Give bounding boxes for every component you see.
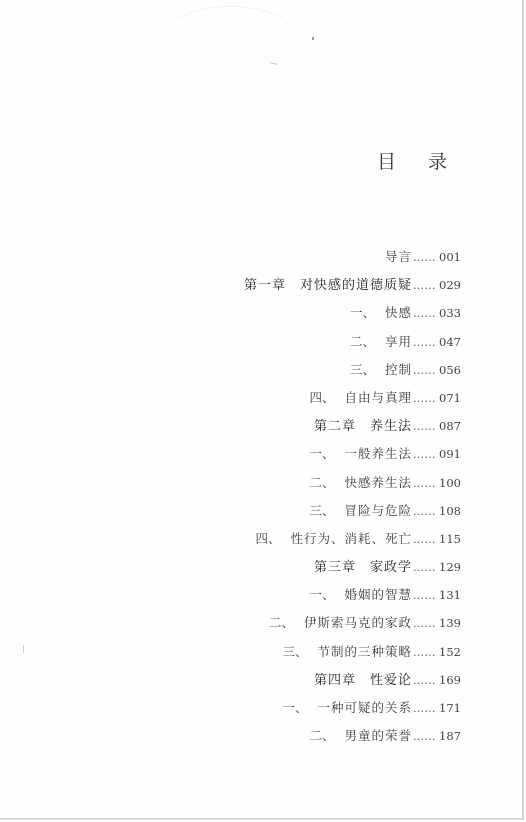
entry-title: 一种可疑的关系 [318,700,413,715]
entry-title: 对快感的道德质疑 [300,278,412,293]
leader-dots: …… [413,646,436,659]
page-number: 001 [439,250,461,264]
leader-dots: …… [413,533,436,546]
page-number: 169 [439,673,461,687]
entry-title: 节制的三种策略 [318,644,413,659]
page-number: 029 [439,278,461,292]
page-number: 129 [439,560,461,574]
page-number: 171 [439,701,461,715]
entry-title: 一般养生法 [345,446,413,461]
leader-dots: …… [413,336,436,349]
entry-title: 家政学 [370,560,412,575]
toc-entry[interactable]: 三、控制……056 [121,356,461,384]
leader-dots: …… [413,505,436,518]
section-number: 二、 [350,334,375,349]
page-title: 目 录 [377,147,460,174]
leader-dots: …… [413,617,436,630]
page-number: 152 [439,645,461,659]
entry-title: 伊斯索马克的家政 [304,615,412,630]
entry-title: 享用 [385,334,412,349]
toc-entry[interactable]: 二、男童的荣誉……187 [121,722,461,750]
page-number: 071 [439,391,461,405]
page-number: 100 [439,476,461,490]
leader-dots: …… [413,448,436,461]
leader-dots: …… [413,589,436,602]
entry-title: 婚姻的智慧 [345,587,413,602]
leader-dots: …… [413,420,436,433]
leader-dots: …… [413,477,436,490]
toc-entry[interactable]: 一、一种可疑的关系……171 [121,694,461,722]
section-number: 一、 [283,700,308,715]
page-number: 115 [439,532,461,546]
entry-title: 冒险与危险 [345,503,413,518]
section-number: 一、 [310,587,335,602]
page-number: 131 [439,588,461,602]
toc-entry[interactable]: 导言……001 [121,243,461,271]
entry-title: 快感 [385,305,412,320]
leader-dots: …… [413,702,436,715]
table-of-contents: 导言……001 第一章对快感的道德质疑……029 一、快感……033 二、享用…… [121,243,461,750]
section-number: 三、 [350,362,375,377]
toc-entry[interactable]: 二、享用……047 [121,328,461,356]
page-number: 033 [439,306,461,320]
leader-dots: …… [413,730,436,743]
entry-title: 自由与真理 [345,390,413,405]
page-number: 056 [439,363,461,377]
toc-entry[interactable]: 二、伊斯索马克的家政……139 [121,609,461,637]
section-number: 四、 [256,531,281,546]
section-number: 四、 [310,390,335,405]
toc-chapter-entry[interactable]: 第三章家政学……129 [121,553,461,581]
toc-entry[interactable]: 三、节制的三种策略……152 [121,638,461,666]
page-number: 187 [439,729,461,743]
toc-entry[interactable]: 三、冒险与危险……108 [121,497,461,525]
toc-entry[interactable]: 一、婚姻的智慧……131 [121,581,461,609]
book-page: 目 录 导言……001 第一章对快感的道德质疑……029 一、快感……033 二… [0,0,524,820]
toc-entry[interactable]: 一、快感……033 [121,299,461,327]
entry-title: 快感养生法 [345,475,413,490]
page-number: 047 [439,335,461,349]
entry-title: 控制 [385,362,412,377]
entry-title: 导言 [385,249,412,264]
chapter-label: 第四章 [314,673,356,688]
scan-artifact [165,6,295,67]
page-number: 108 [439,504,461,518]
entry-title: 性爱论 [370,673,412,688]
toc-chapter-entry[interactable]: 第二章养生法……087 [121,412,461,440]
chapter-label: 第三章 [314,560,356,575]
entry-title: 性行为、消耗、死亡 [291,531,413,546]
leader-dots: …… [413,251,436,264]
toc-chapter-entry[interactable]: 第一章对快感的道德质疑……029 [121,271,461,299]
section-number: 三、 [283,644,308,659]
entry-title: 男童的荣誉 [345,728,413,743]
section-number: 二、 [269,615,294,630]
page-number: 091 [439,447,461,461]
toc-entry[interactable]: 四、自由与真理……071 [121,384,461,412]
chapter-label: 第二章 [314,419,356,434]
leader-dots: …… [413,364,436,377]
leader-dots: …… [413,392,436,405]
section-number: 二、 [310,475,335,490]
leader-dots: …… [413,561,436,574]
section-number: 三、 [310,503,335,518]
leader-dots: …… [413,674,436,687]
toc-entry[interactable]: 二、快感养生法……100 [121,469,461,497]
entry-title: 养生法 [370,419,412,434]
leader-dots: …… [413,279,436,292]
leader-dots: …… [413,307,436,320]
toc-chapter-entry[interactable]: 第四章性爱论……169 [121,666,461,694]
section-number: 一、 [350,305,375,320]
page-number: 087 [439,419,461,433]
section-number: 一、 [310,446,335,461]
page-number: 139 [439,616,461,630]
toc-entry[interactable]: 一、一般养生法……091 [121,440,461,468]
section-number: 二、 [310,728,335,743]
toc-entry[interactable]: 四、性行为、消耗、死亡……115 [121,525,461,553]
scan-artifact [312,37,314,40]
chapter-label: 第一章 [244,278,286,293]
scan-artifact [23,645,24,653]
